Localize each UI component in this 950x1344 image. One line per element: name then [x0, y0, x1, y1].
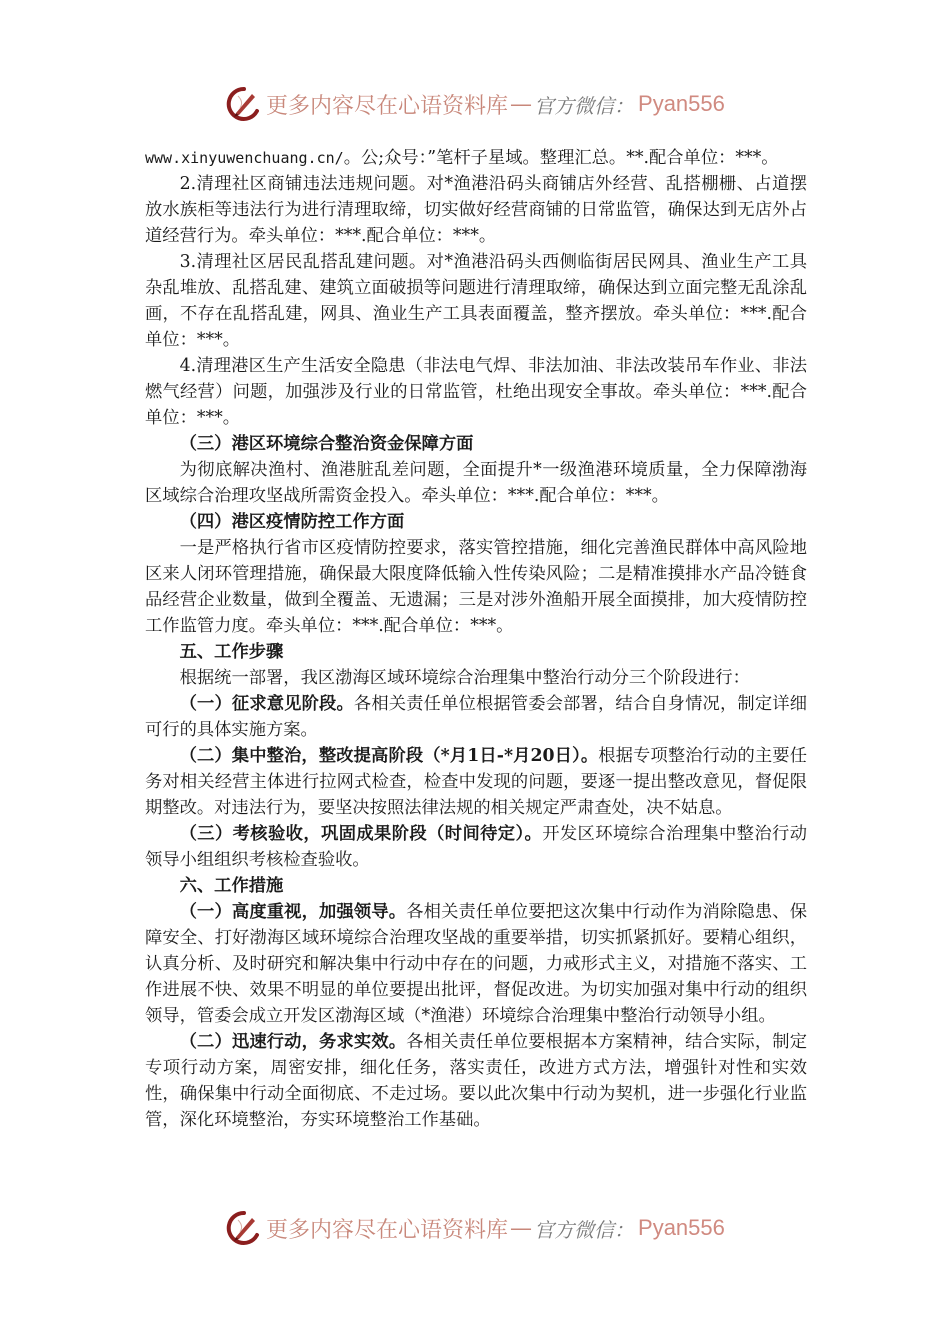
- quill-pen-logo-icon: [226, 86, 262, 122]
- separator-dash: —: [510, 1216, 532, 1241]
- section-heading-epidemic: （四）港区疫情防控工作方面: [145, 509, 807, 535]
- document-body: www.xinyuwenchuang.cn/。公;众号：”笔杆子星域。整理汇总。…: [145, 145, 807, 1133]
- section-heading-funding: （三）港区环境综合整治资金保障方面: [145, 431, 807, 457]
- section-heading-work-measures: 六、工作措施: [145, 873, 807, 899]
- site-name-text: 更多内容尽在心语资料库: [266, 1213, 508, 1244]
- paragraph-item-3: 3.清理社区居民乱搭乱建问题。对*渔港沿码头西侧临街居民网具、渔业生产工具杂乱堆…: [145, 249, 807, 353]
- step-2-title: （二）集中整治，整改提高阶段（*月1日-*月20日）。: [180, 746, 599, 766]
- section-heading-work-steps: 五、工作步骤: [145, 639, 807, 665]
- measure-2-title: （二）迅速行动，务求实效。: [180, 1032, 407, 1052]
- footer-watermark-banner: 更多内容尽在心语资料库 — 官方微信： Pyan556: [226, 1206, 725, 1250]
- website-url: www.xinyuwenchuang.cn/: [145, 149, 344, 167]
- wechat-id: Pyan556: [638, 1215, 725, 1241]
- paragraph-item-2: 2.清理社区商铺违法违规问题。对*渔港沿码头商铺店外经营、乱搭棚栅、占道摆放水族…: [145, 171, 807, 249]
- paragraph-steps-intro: 根据统一部署，我区渤海区域环境综合治理集中整治行动分三个阶段进行：: [145, 665, 807, 691]
- paragraph-measure-2: （二）迅速行动，务求实效。各相关责任单位要根据本方案精神，结合实际，制定专项行动…: [145, 1029, 807, 1133]
- paragraph-step-2: （二）集中整治，整改提高阶段（*月1日-*月20日）。根据专项整治行动的主要任务…: [145, 743, 807, 821]
- quill-pen-logo-icon: [226, 1210, 262, 1246]
- paragraph-continuation: www.xinyuwenchuang.cn/。公;众号：”笔杆子星域。整理汇总。…: [145, 145, 807, 171]
- paragraph-step-1: （一）征求意见阶段。各相关责任单位根据管委会部署，结合自身情况，制定详细可行的具…: [145, 691, 807, 743]
- step-3-title: （三）考核验收，巩固成果阶段（时间待定）。: [180, 824, 543, 844]
- wechat-label: 官方微信：: [534, 1214, 634, 1243]
- paragraph-epidemic: 一是严格执行省市区疫情防控要求，落实管控措施，细化完善渔民群体中高风险地区来人闭…: [145, 535, 807, 639]
- separator-dash: —: [510, 92, 532, 117]
- site-name-text: 更多内容尽在心语资料库: [266, 89, 508, 120]
- wechat-label: 官方微信：: [534, 90, 634, 119]
- paragraph-text: 。公;众号：”笔杆子星域。整理汇总。**.配合单位：***。: [344, 148, 779, 168]
- header-watermark-banner: 更多内容尽在心语资料库 — 官方微信： Pyan556: [226, 82, 725, 126]
- wechat-id: Pyan556: [638, 91, 725, 117]
- paragraph-item-4: 4.清理港区生产生活安全隐患（非法电气焊、非法加油、非法改装吊车作业、非法燃气经…: [145, 353, 807, 431]
- measure-1-title: （一）高度重视，加强领导。: [180, 902, 407, 922]
- step-1-title: （一）征求意见阶段。: [180, 694, 354, 714]
- paragraph-step-3: （三）考核验收，巩固成果阶段（时间待定）。开发区环境综合治理集中整治行动领导小组…: [145, 821, 807, 873]
- paragraph-funding: 为彻底解决渔村、渔港脏乱差问题，全面提升*一级渔港环境质量，全力保障渤海区域综合…: [145, 457, 807, 509]
- paragraph-measure-1: （一）高度重视，加强领导。各相关责任单位要把这次集中行动作为消除隐患、保障安全、…: [145, 899, 807, 1029]
